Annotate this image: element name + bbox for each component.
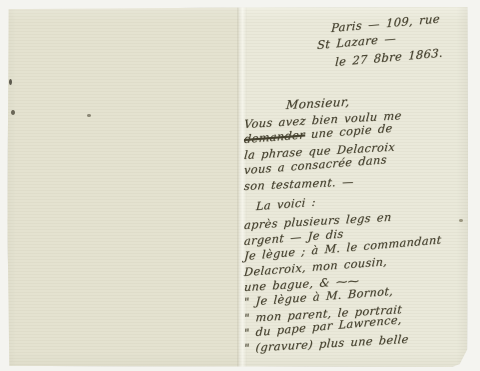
struck-word: demander <box>244 129 306 147</box>
photo-background: Paris — 109, rue St Lazare — le 27 8bre … <box>0 0 480 371</box>
letter-body: Vous avez bien voulu me demander une cop… <box>244 117 472 357</box>
paper-speck <box>11 110 15 115</box>
salutation: Monsieur, <box>285 94 350 113</box>
letter-paper: Paris — 109, rue St Lazare — le 27 8bre … <box>7 7 468 367</box>
letter-header: Paris — 109, rue St Lazare — le 27 8bre … <box>315 20 465 71</box>
paper-speck <box>87 114 91 117</box>
paper-left-blank-page <box>7 7 239 367</box>
paper-speck <box>9 79 12 85</box>
